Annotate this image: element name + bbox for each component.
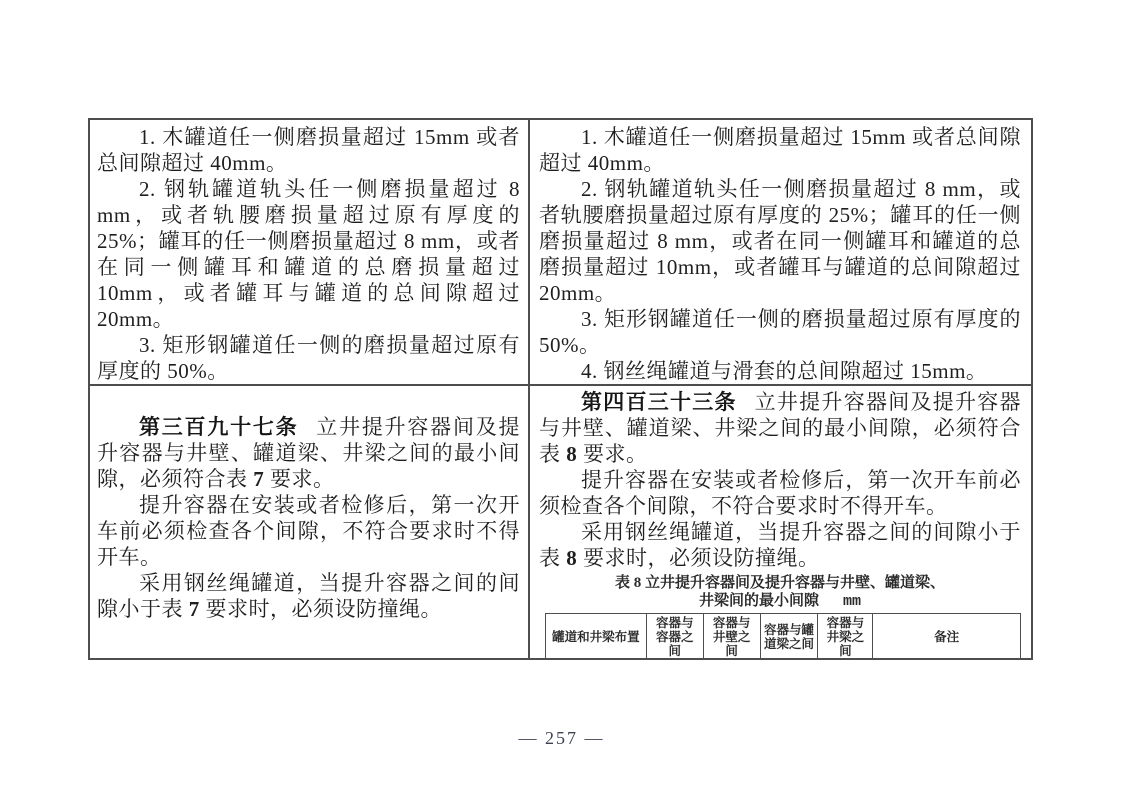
header-cell-container-container: 容器与容器之间: [646, 614, 703, 659]
caption-unit-mm: mm: [843, 593, 861, 610]
right-column-article: 第四百三十三条立井提升容器间及提升容器与井壁、罐道梁、井梁之间的最小间隙，必须符…: [530, 386, 1031, 658]
article-paragraph-2: 提升容器在安装或者检修后，第一次开车前必须检查各个间隙，不符合要求时不得开车。: [97, 492, 520, 570]
article-number: 第三百九十七条: [139, 415, 298, 439]
table-8-header-row: 罐道和井梁布置 容器与容器之间 容器与井壁之间 容器与罐道梁之间 容器与井梁之间…: [546, 614, 1021, 659]
header-cell-container-shaftwall: 容器与井壁之间: [703, 614, 760, 659]
document-page: 1. 木罐道任一侧磨损量超过 15mm 或者总间隙超过 40mm。 2. 钢轨罐…: [0, 0, 1123, 794]
paragraph-text: 要求时，必须设防撞绳。: [200, 597, 442, 621]
table-reference: 8: [566, 546, 577, 570]
right-column-wear-limits: 1. 木罐道任一侧磨损量超过 15mm 或者总间隙超过 40mm。 2. 钢轨罐…: [530, 120, 1031, 386]
table-8: 罐道和井梁布置 容器与容器之间 容器与井壁之间 容器与罐道梁之间 容器与井梁之间…: [545, 613, 1021, 658]
wear-item-2: 2. 钢轨罐道轨头任一侧磨损量超过 8 mm，或者轨腰磨损量超过原有厚度的 25…: [539, 176, 1021, 306]
wear-item-3: 3. 矩形钢罐道任一侧的磨损量超过原有厚度的 50%。: [97, 332, 520, 384]
paragraph-text: 要求。: [577, 442, 647, 466]
caption-text: 井梁间的最小间隙: [699, 593, 819, 609]
article-paragraph-3: 采用钢丝绳罐道，当提升容器之间的间隙小于表 8 要求时，必须设防撞绳。: [539, 519, 1021, 571]
table-caption-line-1: 表 8 立井提升容器间及提升容器与井壁、罐道梁、: [539, 574, 1021, 592]
wear-item-2: 2. 钢轨罐道轨头任一侧磨损量超过 8 mm，或者轨腰磨损量超过原有厚度的 25…: [97, 176, 520, 332]
header-cell-remarks: 备注: [873, 614, 1021, 659]
wear-item-4: 4. 钢丝绳罐道与滑套的总间隙超过 15mm。: [539, 358, 1021, 384]
paragraph-text: 要求。: [264, 467, 334, 491]
article-paragraph-3: 采用钢丝绳罐道，当提升容器之间的间隙小于表 7 要求时，必须设防撞绳。: [97, 570, 520, 622]
article-paragraph-2: 提升容器在安装或者检修后，第一次开车前必须检查各个间隙，不符合要求时不得开车。: [539, 467, 1021, 519]
left-column-article: 第三百九十七条立井提升容器间及提升容器与井壁、罐道梁、井梁之间的最小间隙，必须符…: [90, 386, 530, 658]
header-cell-container-guidebeam: 容器与罐道梁之间: [760, 614, 818, 659]
article-paragraph-1: 第四百三十三条立井提升容器间及提升容器与井壁、罐道梁、井梁之间的最小间隙，必须符…: [539, 389, 1021, 467]
article-number: 第四百三十三条: [581, 390, 737, 414]
header-cell-container-shaftbeam: 容器与井梁之间: [818, 614, 873, 659]
table-reference: 8: [566, 442, 577, 466]
article-paragraph-1: 第三百九十七条立井提升容器间及提升容器与井壁、罐道梁、井梁之间的最小间隙，必须符…: [97, 414, 520, 492]
table-8-caption: 表 8 立井提升容器间及提升容器与井壁、罐道梁、 井梁间的最小间隙mm: [539, 574, 1021, 611]
wear-item-3: 3. 矩形钢罐道任一侧的磨损量超过原有厚度的 50%。: [539, 306, 1021, 358]
page-number: — 257 —: [0, 728, 1123, 749]
wear-item-1: 1. 木罐道任一侧磨损量超过 15mm 或者总间隙超过 40mm。: [539, 124, 1021, 176]
regulation-comparison-table: 1. 木罐道任一侧磨损量超过 15mm 或者总间隙超过 40mm。 2. 钢轨罐…: [88, 118, 1033, 660]
wear-item-1: 1. 木罐道任一侧磨损量超过 15mm 或者总间隙超过 40mm。: [97, 124, 520, 176]
left-column-wear-limits: 1. 木罐道任一侧磨损量超过 15mm 或者总间隙超过 40mm。 2. 钢轨罐…: [90, 120, 530, 386]
table-reference: 7: [189, 597, 200, 621]
paragraph-text: 要求时，必须设防撞绳。: [577, 546, 819, 570]
table-reference: 7: [253, 467, 264, 491]
table-caption-line-2: 井梁间的最小间隙mm: [539, 592, 1021, 611]
header-cell-guide-layout: 罐道和井梁布置: [546, 614, 647, 659]
